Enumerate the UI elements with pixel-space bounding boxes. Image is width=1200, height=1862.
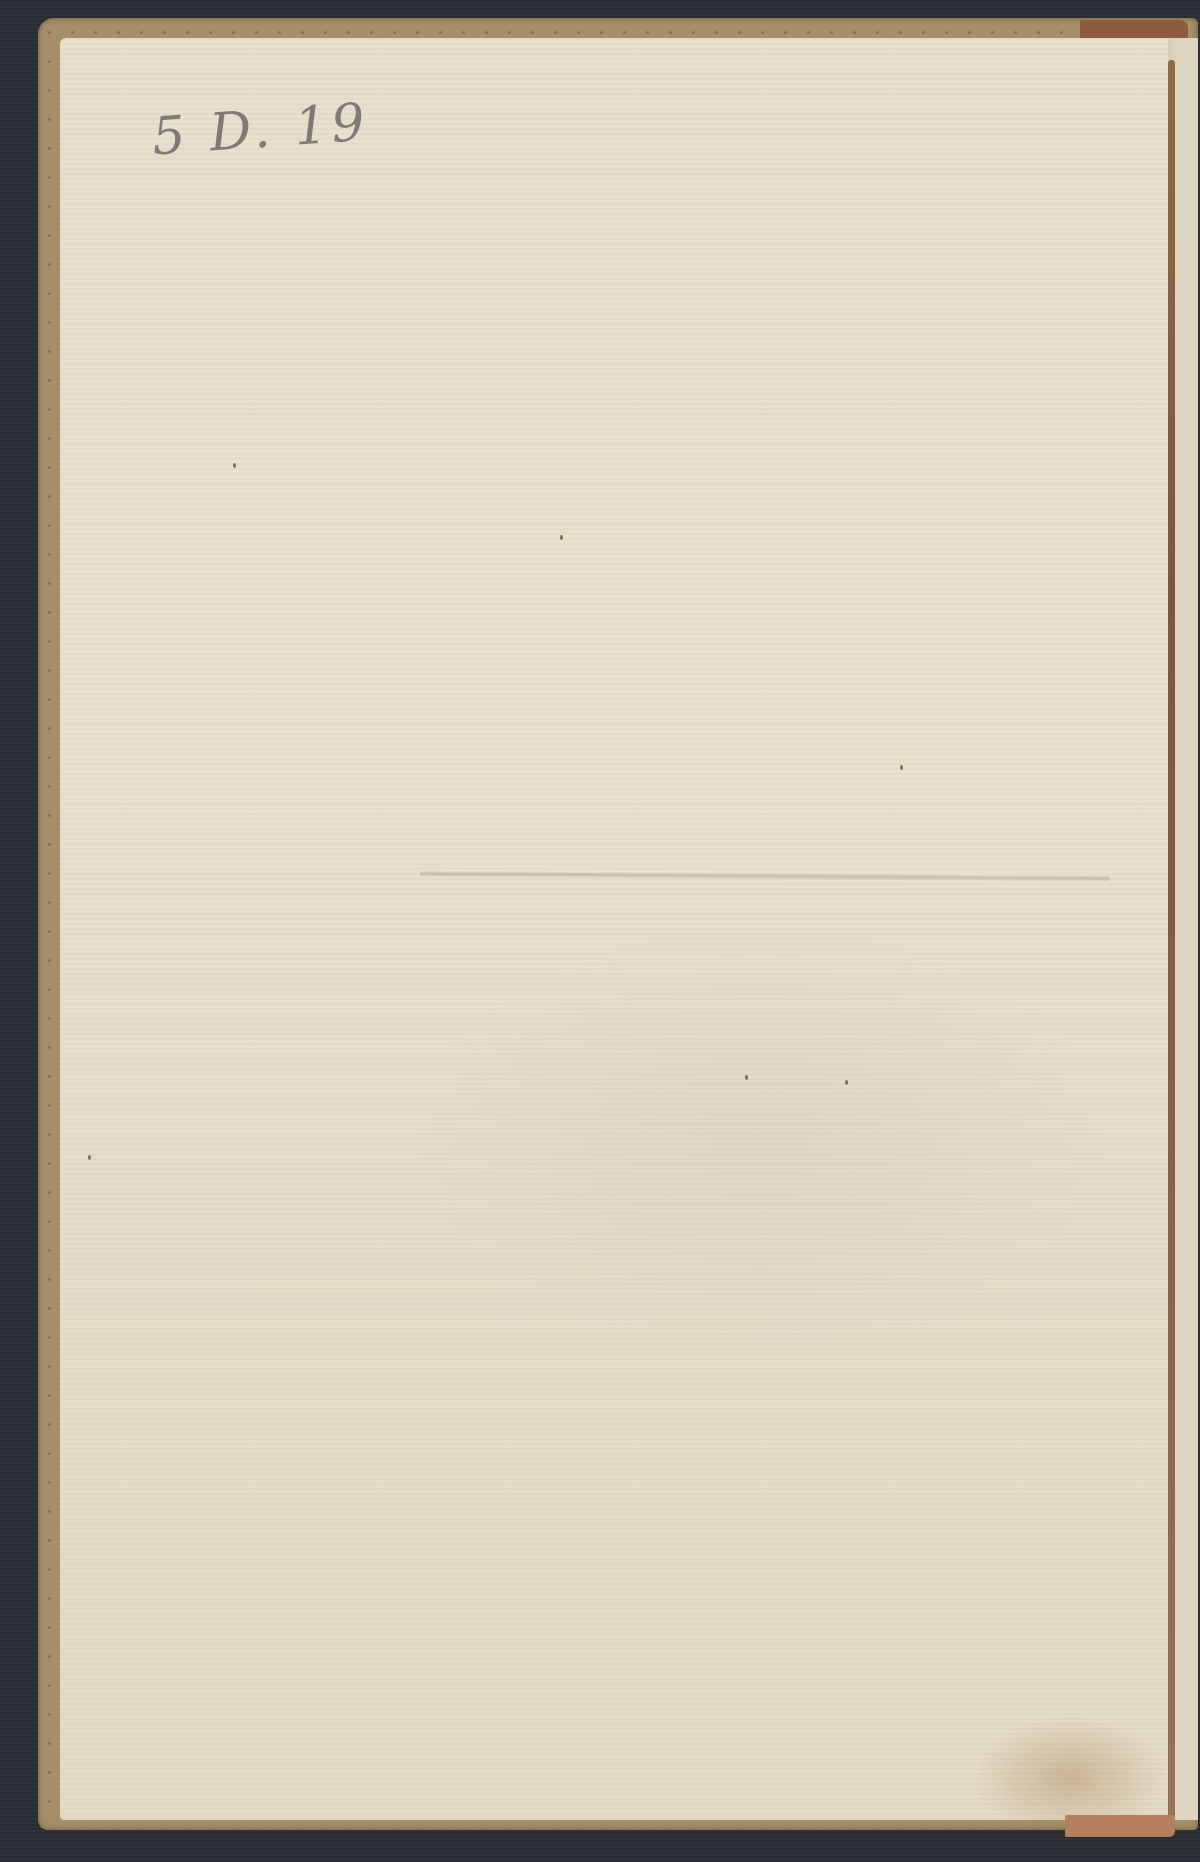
paper-fleck xyxy=(845,1080,848,1085)
binding-tab-bottom xyxy=(1065,1815,1175,1837)
endpaper-leaf xyxy=(60,38,1168,1820)
gutter-stain-line xyxy=(1168,60,1175,1820)
paper-fleck xyxy=(900,765,903,770)
paper-fleck xyxy=(233,463,236,468)
paper-fleck xyxy=(88,1155,91,1160)
paper-fleck xyxy=(745,1075,748,1080)
paper-fleck xyxy=(560,535,563,540)
